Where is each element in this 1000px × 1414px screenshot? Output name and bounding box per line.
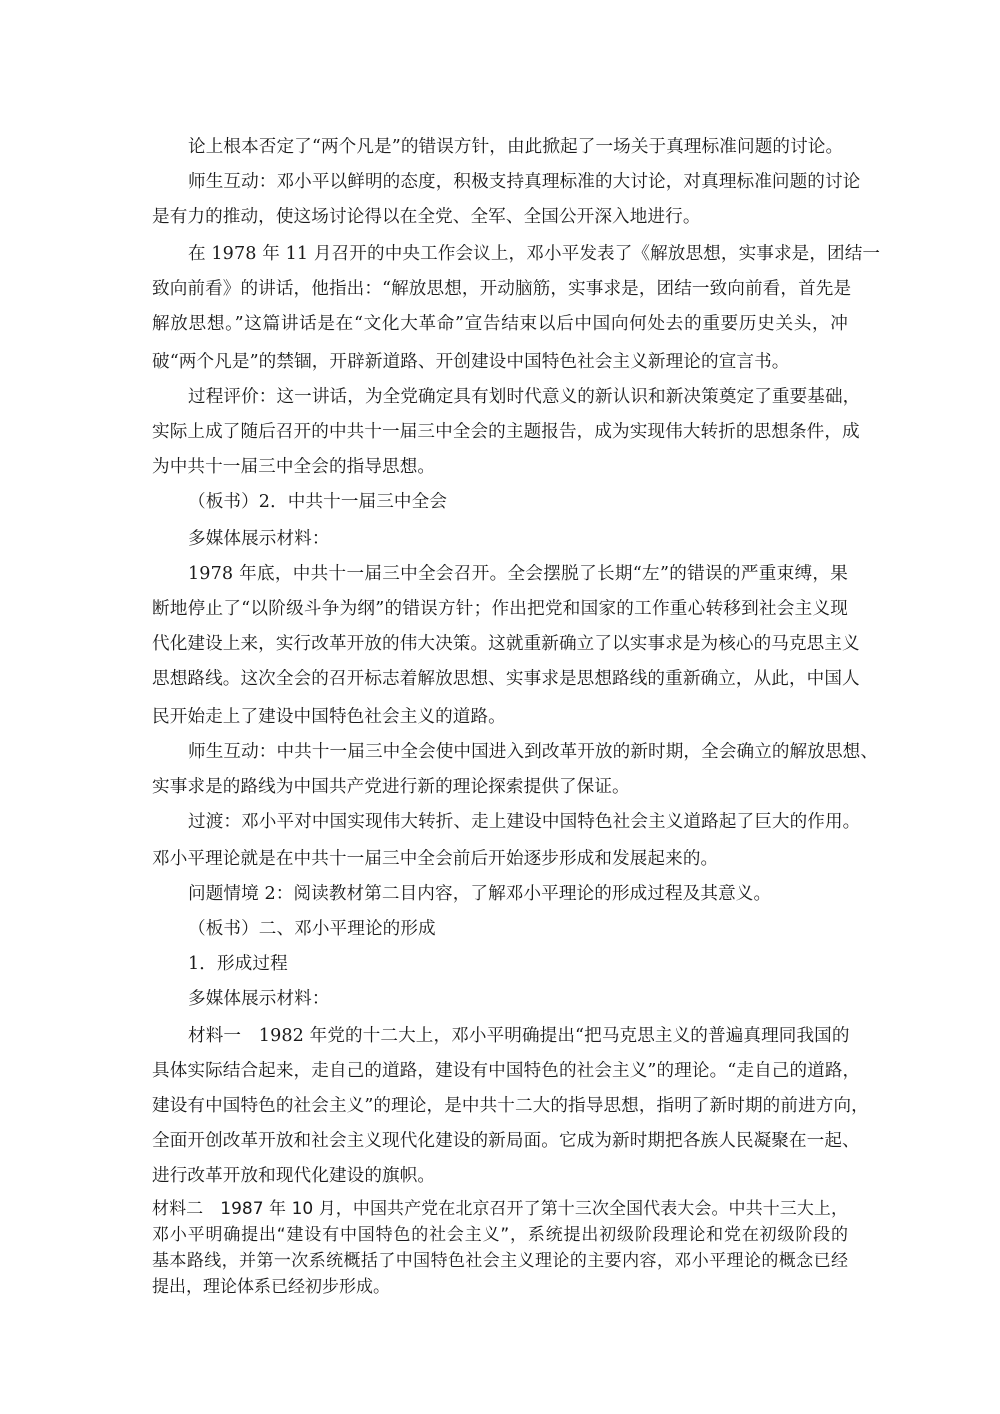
text-line: 思想路线。这次全会的召开标志着解放思想、实事求是思想路线的重新确立，从此，中国人 [152, 668, 848, 690]
text-line: （板书）2．中共十一届三中全会 [188, 491, 848, 513]
text-line: 过渡：邓小平对中国实现伟大转折、走上建设中国特色社会主义道路起了巨大的作用。 [188, 811, 848, 833]
material-two-line: 提出，理论体系已经初步形成。 [152, 1276, 848, 1298]
document-page: 论上根本否定了“两个凡是”的错误方针，由此掀起了一场关于真理标准问题的讨论。师生… [0, 0, 1000, 1414]
material-two-line: 材料二 1987 年 10 月，中国共产党在北京召开了第十三次全国代表大会。中共… [152, 1198, 848, 1220]
text-line: 全面开创改革开放和社会主义现代化建设的新局面。它成为新时期把各族人民凝聚在一起、 [152, 1130, 848, 1152]
text-line: 具体实际结合起来，走自己的道路，建设有中国特色的社会主义”的理论。“走自己的道路… [152, 1060, 848, 1082]
text-line: 在 1978 年 11 月召开的中央工作会议上，邓小平发表了《解放思想，实事求是… [188, 243, 848, 265]
text-line: 多媒体展示材料： [188, 528, 848, 550]
text-line: 解放思想。”这篇讲话是在“文化大革命”宣告结束以后中国向何处去的重要历史关头，冲 [152, 313, 848, 335]
text-line: 问题情境 2：阅读教材第二目内容，了解邓小平理论的形成过程及其意义。 [188, 883, 848, 905]
text-line: 致向前看》的讲话，他指出：“解放思想，开动脑筋，实事求是，团结一致向前看，首先是 [152, 278, 848, 300]
text-line: 为中共十一届三中全会的指导思想。 [152, 456, 848, 478]
text-line: 1．形成过程 [188, 953, 848, 975]
text-line: 邓小平理论就是在中共十一届三中全会前后开始逐步形成和发展起来的。 [152, 848, 848, 870]
text-line: 论上根本否定了“两个凡是”的错误方针，由此掀起了一场关于真理标准问题的讨论。 [188, 136, 848, 158]
text-line: 多媒体展示材料： [188, 988, 848, 1010]
text-line: 民开始走上了建设中国特色社会主义的道路。 [152, 706, 848, 728]
text-line: 破“两个凡是”的禁锢，开辟新道路、开创建设中国特色社会主义新理论的宣言书。 [152, 351, 848, 373]
text-line: 1978 年底，中共十一届三中全会召开。全会摆脱了长期“左”的错误的严重束缚，果 [188, 563, 848, 585]
text-line: 材料一 1982 年党的十二大上，邓小平明确提出“把马克思主义的普遍真理同我国的 [188, 1025, 848, 1047]
text-line: （板书）二、邓小平理论的形成 [188, 918, 848, 940]
text-line: 实事求是的路线为中国共产党进行新的理论探索提供了保证。 [152, 776, 848, 798]
text-line: 是有力的推动，使这场讨论得以在全党、全军、全国公开深入地进行。 [152, 206, 848, 228]
text-line: 过程评价：这一讲话，为全党确定具有划时代意义的新认识和新决策奠定了重要基础， [188, 386, 848, 408]
text-line: 进行改革开放和现代化建设的旗帜。 [152, 1165, 848, 1187]
text-line: 断地停止了“以阶级斗争为纲”的错误方针；作出把党和国家的工作重心转移到社会主义现 [152, 598, 848, 620]
text-line: 实际上成了随后召开的中共十一届三中全会的主题报告，成为实现伟大转折的思想条件，成 [152, 421, 848, 443]
material-two-line: 邓小平明确提出“建设有中国特色的社会主义”，系统提出初级阶段理论和党在初级阶段的 [152, 1224, 848, 1246]
text-line: 建设有中国特色的社会主义”的理论，是中共十二大的指导思想，指明了新时期的前进方向… [152, 1095, 848, 1117]
text-line: 代化建设上来，实行改革开放的伟大决策。这就重新确立了以实事求是为核心的马克思主义 [152, 633, 848, 655]
material-two-line: 基本路线，并第一次系统概括了中国特色社会主义理论的主要内容，邓小平理论的概念已经 [152, 1250, 848, 1272]
text-line: 师生互动：邓小平以鲜明的态度，积极支持真理标准的大讨论，对真理标准问题的讨论 [188, 171, 848, 193]
text-line: 师生互动：中共十一届三中全会使中国进入到改革开放的新时期，全会确立的解放思想、 [188, 741, 848, 763]
